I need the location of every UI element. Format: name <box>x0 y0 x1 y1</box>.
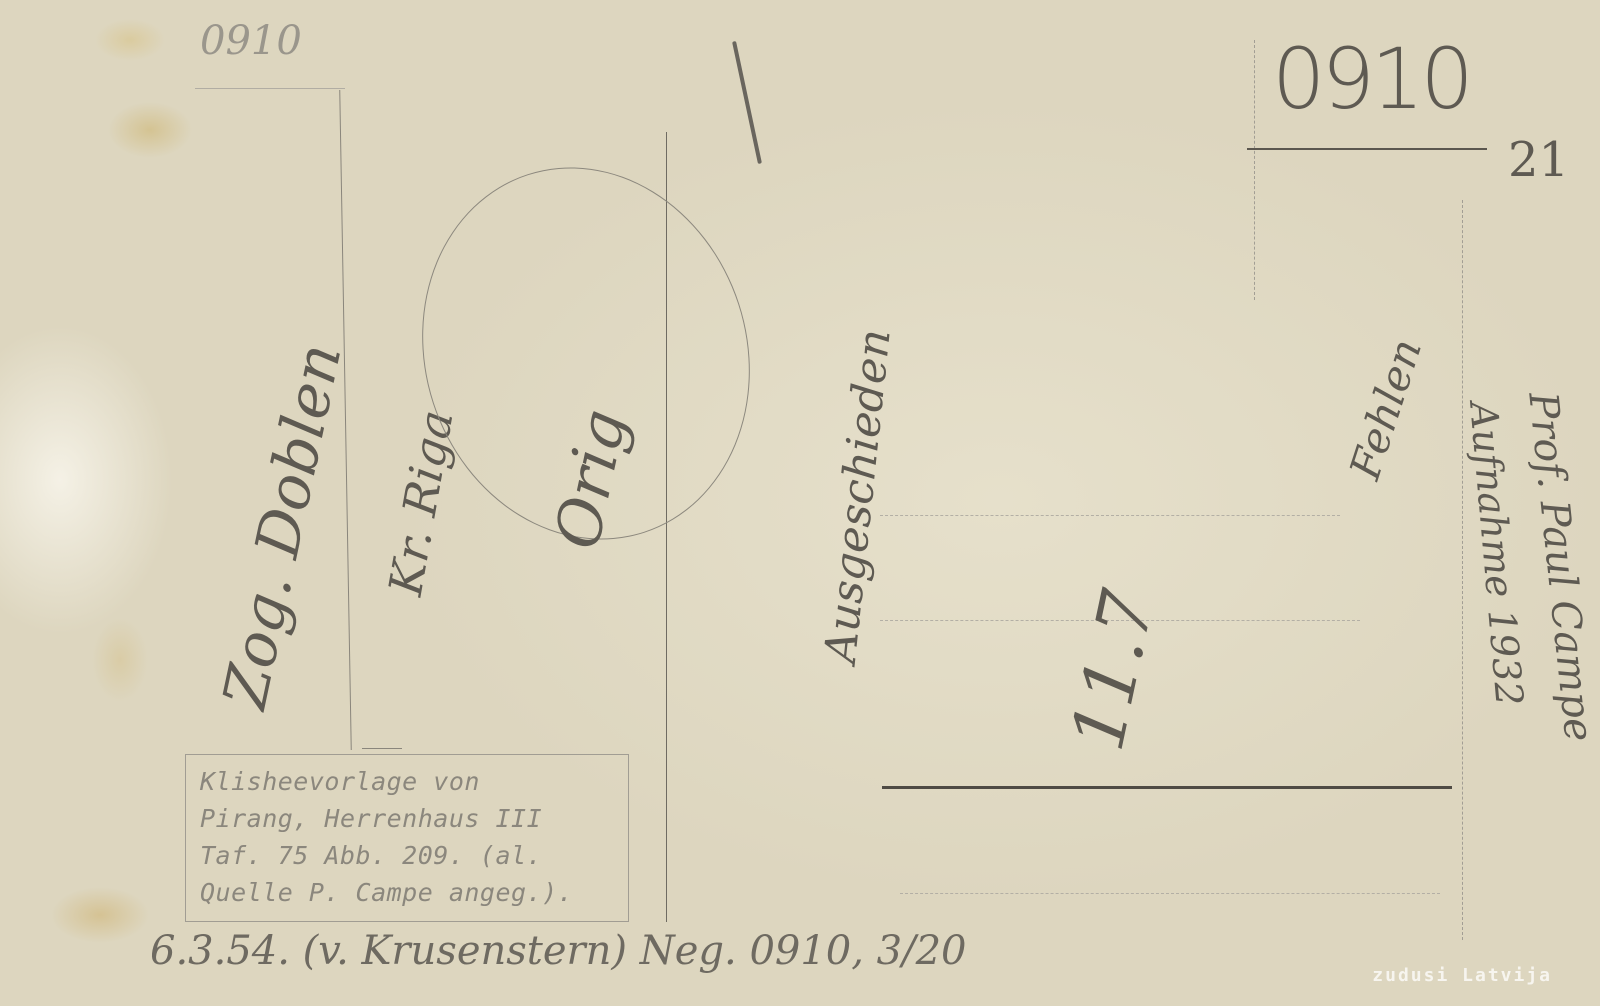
top-right-suffix: 21 <box>1508 132 1569 188</box>
stamp-area-dashed-line <box>1254 40 1255 300</box>
right-dashed-line <box>1462 200 1463 940</box>
stamp-line: Klisheevorlage von <box>200 763 614 800</box>
pencil-stroke <box>732 41 762 164</box>
reproduction-source-stamp: Klisheevorlage von Pirang, Herrenhaus II… <box>185 754 629 922</box>
address-underline <box>882 786 1452 789</box>
excluded-handwriting: Ausgeschieden <box>815 327 901 666</box>
missing-handwriting: Fehlen <box>1340 333 1431 485</box>
top-right-archive-number: 0910 <box>1272 30 1470 128</box>
watermark-logo: zudusi Latvija <box>1372 965 1552 986</box>
number-note-handwriting: 11.7 <box>1055 583 1170 757</box>
top-left-underline <box>195 88 345 89</box>
photo-year-handwriting: Aufnahme 1932 <box>1461 400 1531 708</box>
stamp-line: Pirang, Herrenhaus III <box>200 800 614 837</box>
dashed-guide-line <box>880 515 1340 516</box>
negative-record-note: 6.3.54. (v. Krusenstern) Neg. 0910, 3/20 <box>150 928 967 974</box>
left-divider-corner <box>362 748 402 749</box>
top-left-archive-number: 0910 <box>200 18 302 64</box>
stamp-line: Quelle P. Campe angeg.). <box>200 874 614 911</box>
location-name-handwriting: Zog. Doblen <box>210 338 355 715</box>
photographer-handwriting: Prof. Paul Campe <box>1519 390 1600 744</box>
top-right-underline <box>1247 148 1487 150</box>
dashed-guide-line <box>900 893 1440 894</box>
left-divider-line <box>339 90 352 750</box>
stamp-line: Taf. 75 Abb. 209. (al. <box>200 837 614 874</box>
postcard-reverse: 0910 Zog. Doblen Kr. Riga Orig Ausgeschi… <box>0 0 1600 1006</box>
